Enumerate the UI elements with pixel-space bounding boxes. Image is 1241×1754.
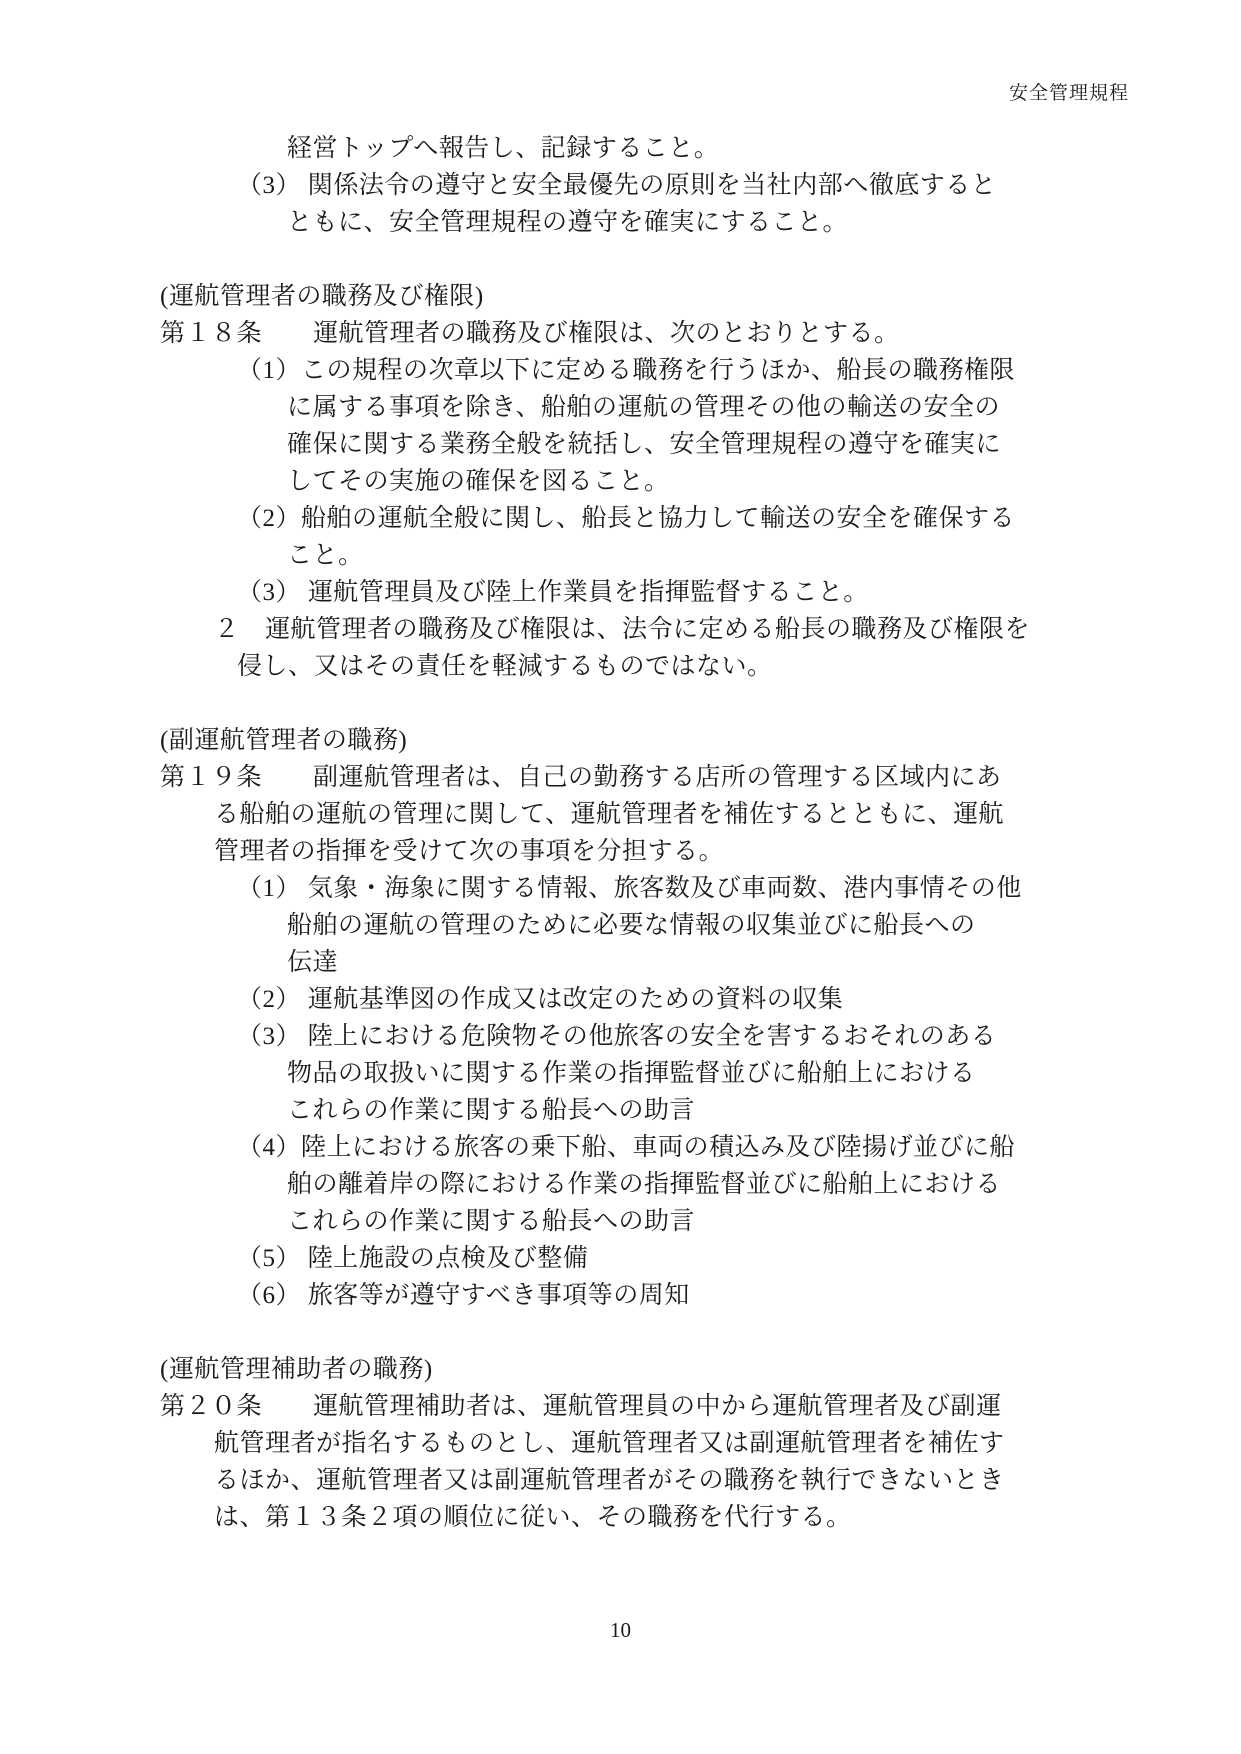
article-19-item-6: （6） 旅客等が遵守すべき事項等の周知 (160, 1277, 1040, 1314)
article-19-line: 物品の取扱いに関する作業の指揮監督並びに船舶上における (160, 1055, 1040, 1092)
article-19-line: これらの作業に関する船長への助言 (160, 1203, 1040, 1240)
article-20-section-heading: (運航管理補助者の職務) (160, 1351, 1040, 1388)
blank-line (160, 241, 1040, 278)
article-19-item-5: （5） 陸上施設の点検及び整備 (160, 1240, 1040, 1277)
article-18-item-1: （1）この規程の次章以下に定める職務を行うほか、船長の職務権限 (160, 352, 1040, 389)
page-number: 10 (0, 1618, 1241, 1643)
article-18-line: 第１８条 運航管理者の職務及び権限は、次のとおりとする。 (160, 315, 1040, 352)
article-19-line: 管理者の指揮を受けて次の事項を分担する。 (160, 833, 1040, 870)
article-20-line: は、第１３条２項の順位に従い、その職務を代行する。 (160, 1499, 1040, 1536)
article-19-section-heading: (副運航管理者の職務) (160, 722, 1040, 759)
article-19-item-3: （3） 陸上における危険物その他旅客の安全を害するおそれのある (160, 1018, 1040, 1055)
blank-line (160, 685, 1040, 722)
running-header-title: 安全管理規程 (1009, 78, 1129, 105)
article-19-line: 伝達 (160, 944, 1040, 981)
article-20-line: 航管理者が指名するものとし、運航管理者又は副運航管理者を補佐す (160, 1425, 1040, 1462)
article-19-line: 舶の離着岸の際における作業の指揮監督並びに船舶上における (160, 1166, 1040, 1203)
article-18-line: してその実施の確保を図ること。 (160, 463, 1040, 500)
carryover-line: 経営トップへ報告し、記録すること。 (160, 130, 1040, 167)
carryover-item-3: （3） 関係法令の遵守と安全最優先の原則を当社内部へ徹底すると (160, 167, 1040, 204)
article-20-line: 第２０条 運航管理補助者は、運航管理員の中から運航管理者及び副運 (160, 1388, 1040, 1425)
article-18-section-heading: (運航管理者の職務及び権限) (160, 278, 1040, 315)
article-18-item-3: （3） 運航管理員及び陸上作業員を指揮監督すること。 (160, 574, 1040, 611)
article-19-item-2: （2） 運航基準図の作成又は改定のための資料の収集 (160, 981, 1040, 1018)
article-19-item-4: （4）陸上における旅客の乗下船、車両の積込み及び陸揚げ並びに船 (160, 1129, 1040, 1166)
article-18-item-2: （2）船舶の運航全般に関し、船長と協力して輸送の安全を確保する (160, 500, 1040, 537)
article-19-line: 船舶の運航の管理のために必要な情報の収集並びに船長への (160, 907, 1040, 944)
article-19-line: る船舶の運航の管理に関して、運航管理者を補佐するとともに、運航 (160, 796, 1040, 833)
article-20-line: るほか、運航管理者又は副運航管理者がその職務を執行できないとき (160, 1462, 1040, 1499)
article-18-line: 侵し、又はその責任を軽減するものではない。 (160, 648, 1040, 685)
article-18-line: に属する事項を除き、船舶の運航の管理その他の輸送の安全の (160, 389, 1040, 426)
document-page: 安全管理規程 経営トップへ報告し、記録すること。 （3） 関係法令の遵守と安全最… (0, 0, 1241, 1754)
article-19-line: 第１９条 副運航管理者は、自己の勤務する店所の管理する区域内にあ (160, 759, 1040, 796)
article-18-line: こと。 (160, 537, 1040, 574)
article-18-paragraph-2: ２ 運航管理者の職務及び権限は、法令に定める船長の職務及び権限を (160, 611, 1040, 648)
article-19-item-1: （1） 気象・海象に関する情報、旅客数及び車両数、港内事情その他 (160, 870, 1040, 907)
article-18-line: 確保に関する業務全般を統括し、安全管理規程の遵守を確実に (160, 426, 1040, 463)
blank-line (160, 1314, 1040, 1351)
document-body: 経営トップへ報告し、記録すること。 （3） 関係法令の遵守と安全最優先の原則を当… (160, 130, 1040, 1536)
article-19-line: これらの作業に関する船長への助言 (160, 1092, 1040, 1129)
carryover-line: ともに、安全管理規程の遵守を確実にすること。 (160, 204, 1040, 241)
